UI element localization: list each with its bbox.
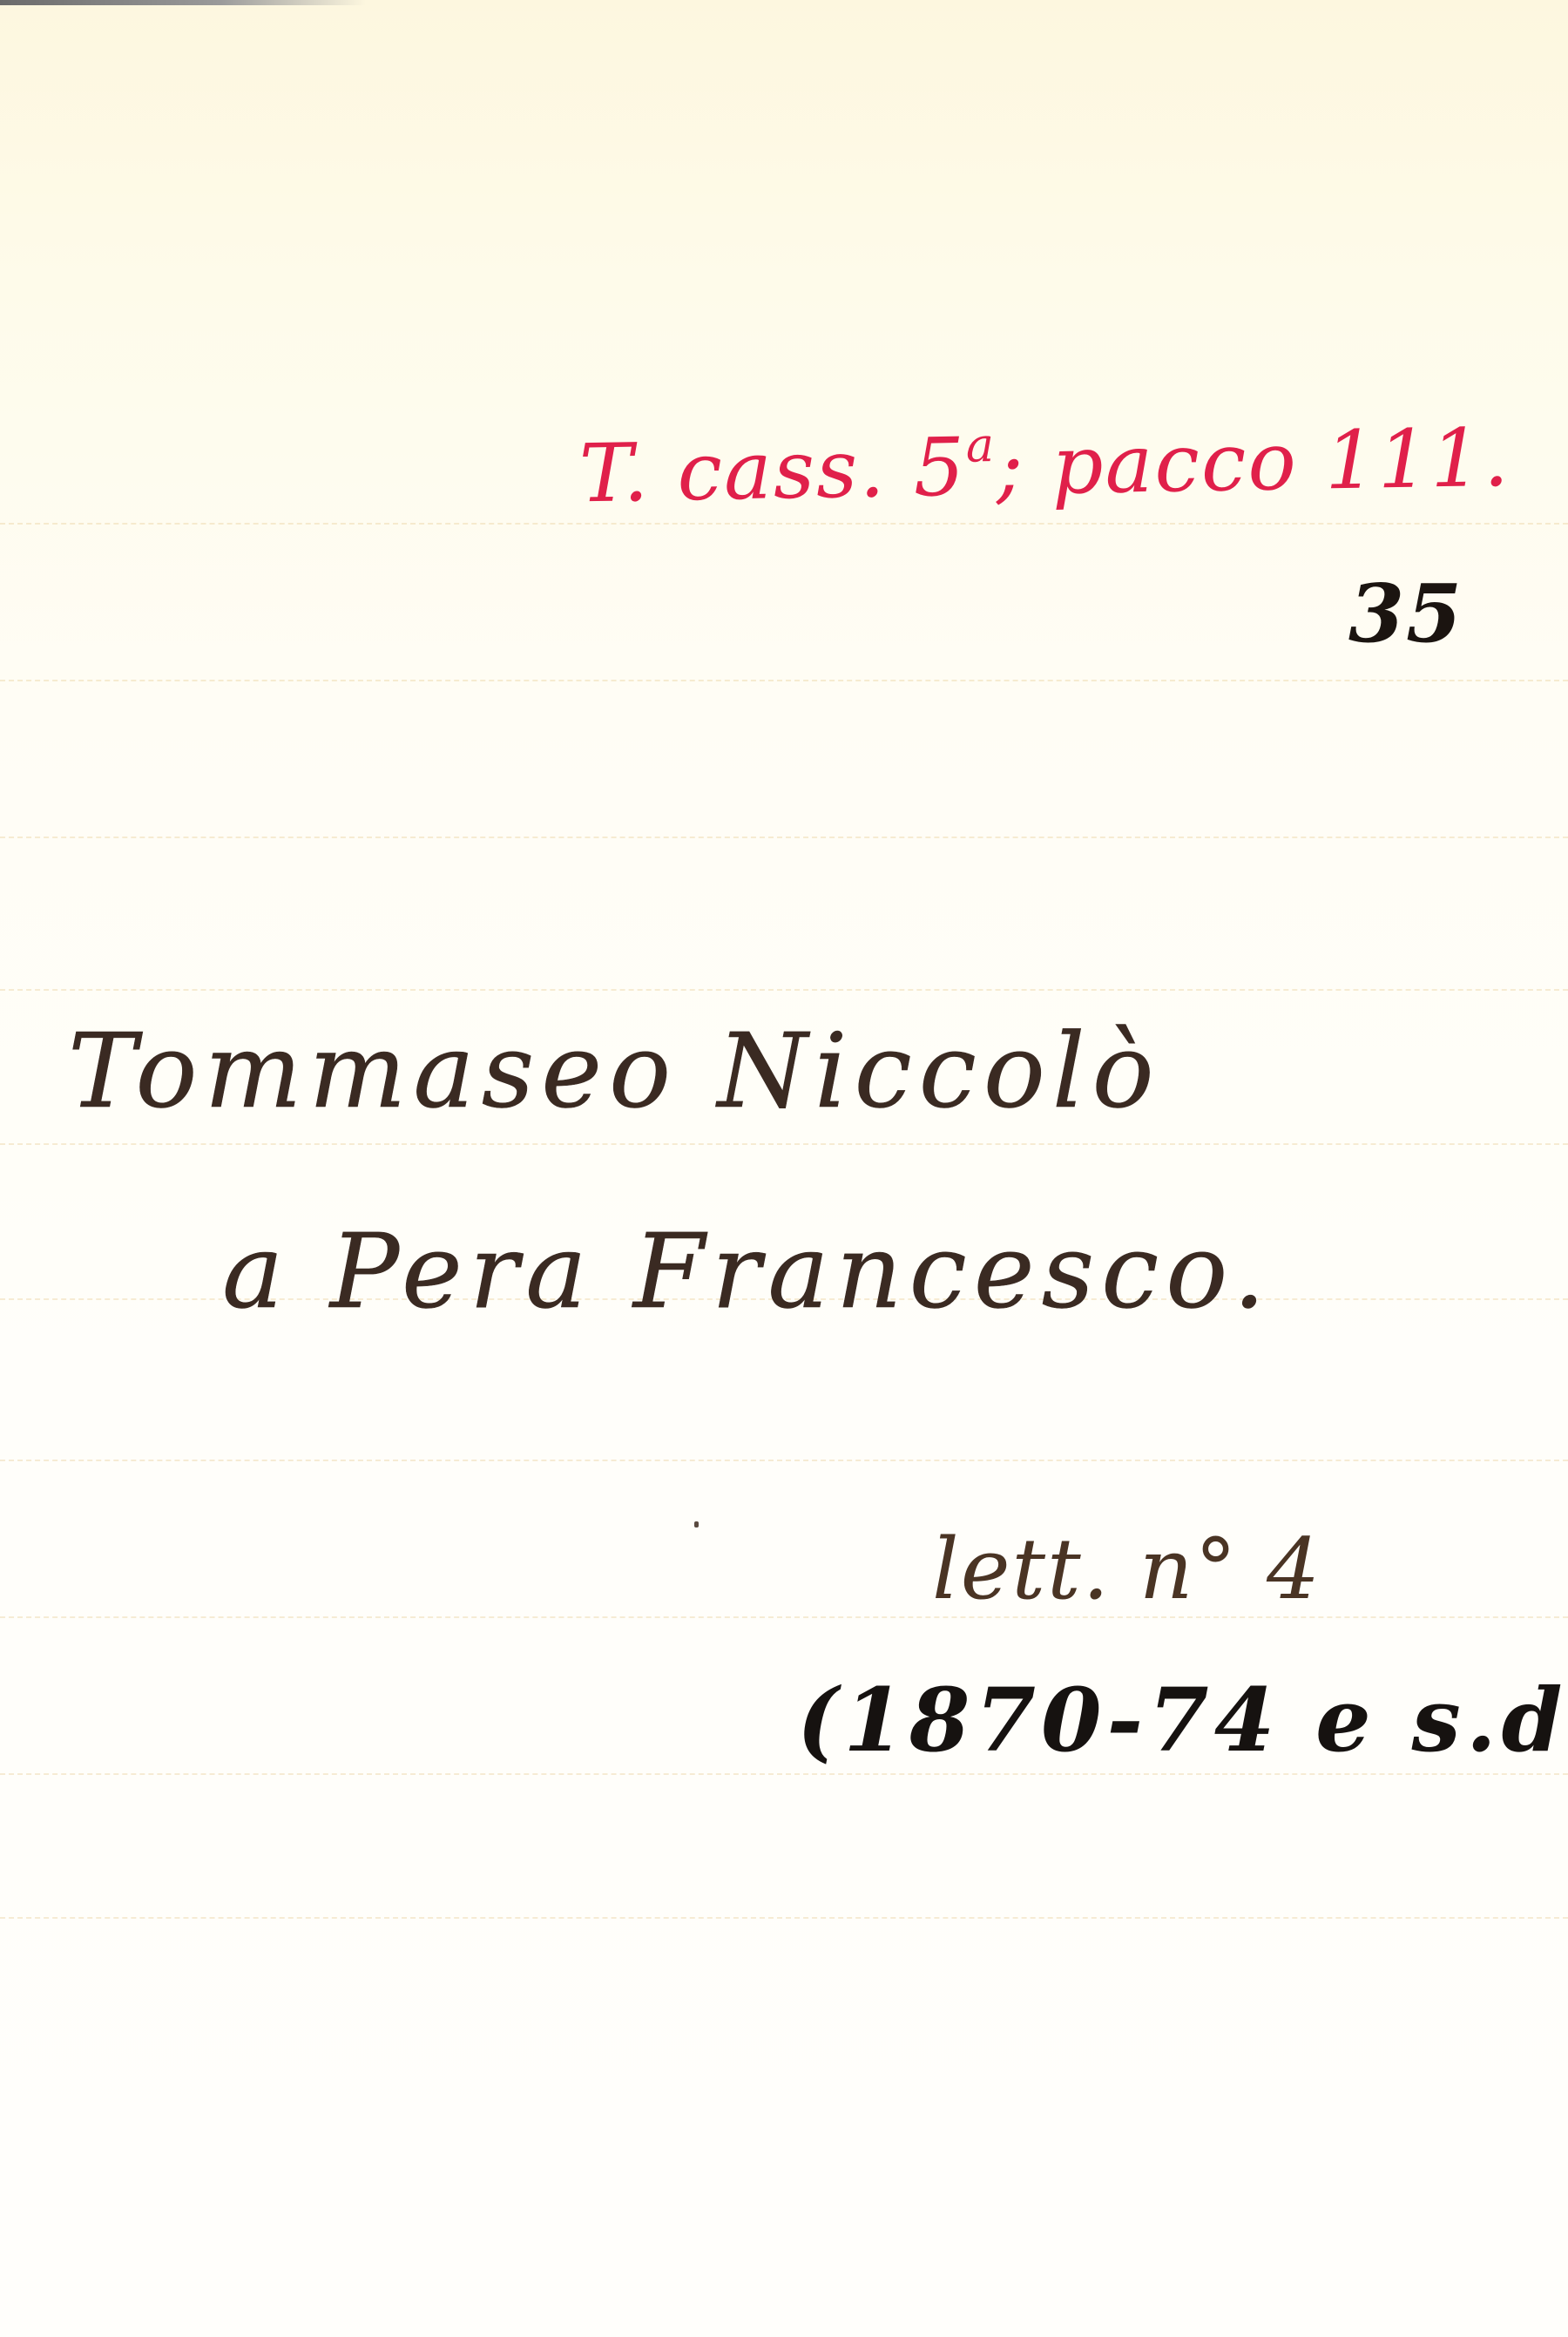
ruled-line <box>0 989 1568 991</box>
reference-text: T. cass. 5 <box>578 421 967 521</box>
ink-speck <box>694 1521 699 1528</box>
ruled-line <box>0 837 1568 838</box>
ruled-line <box>0 1616 1568 1618</box>
recipient-name: a Pera Francesco. <box>222 1211 1273 1331</box>
ruled-line <box>0 1917 1568 1919</box>
reference-superscript: a <box>965 417 996 473</box>
date-range: (1870-74 e s.d.) <box>797 1669 1568 1771</box>
reference-tail: ; pacco 111. <box>995 411 1511 513</box>
scan-edge-shadow <box>0 0 366 5</box>
index-card: T. cass. 5a; pacco 111. 35 Tommaseo Nicc… <box>0 0 1568 2337</box>
sender-name: Tommaseo Niccolò <box>68 1011 1161 1131</box>
ruled-line <box>0 523 1568 525</box>
ruled-line <box>0 680 1568 681</box>
archive-reference: T. cass. 5a; pacco 111. <box>578 409 1511 521</box>
ruled-line <box>0 1773 1568 1775</box>
letter-count: lett. n° 4 <box>932 1521 1321 1618</box>
ruled-line <box>0 1460 1568 1461</box>
ruled-line <box>0 1143 1568 1145</box>
folio-number: 35 <box>1348 566 1463 660</box>
